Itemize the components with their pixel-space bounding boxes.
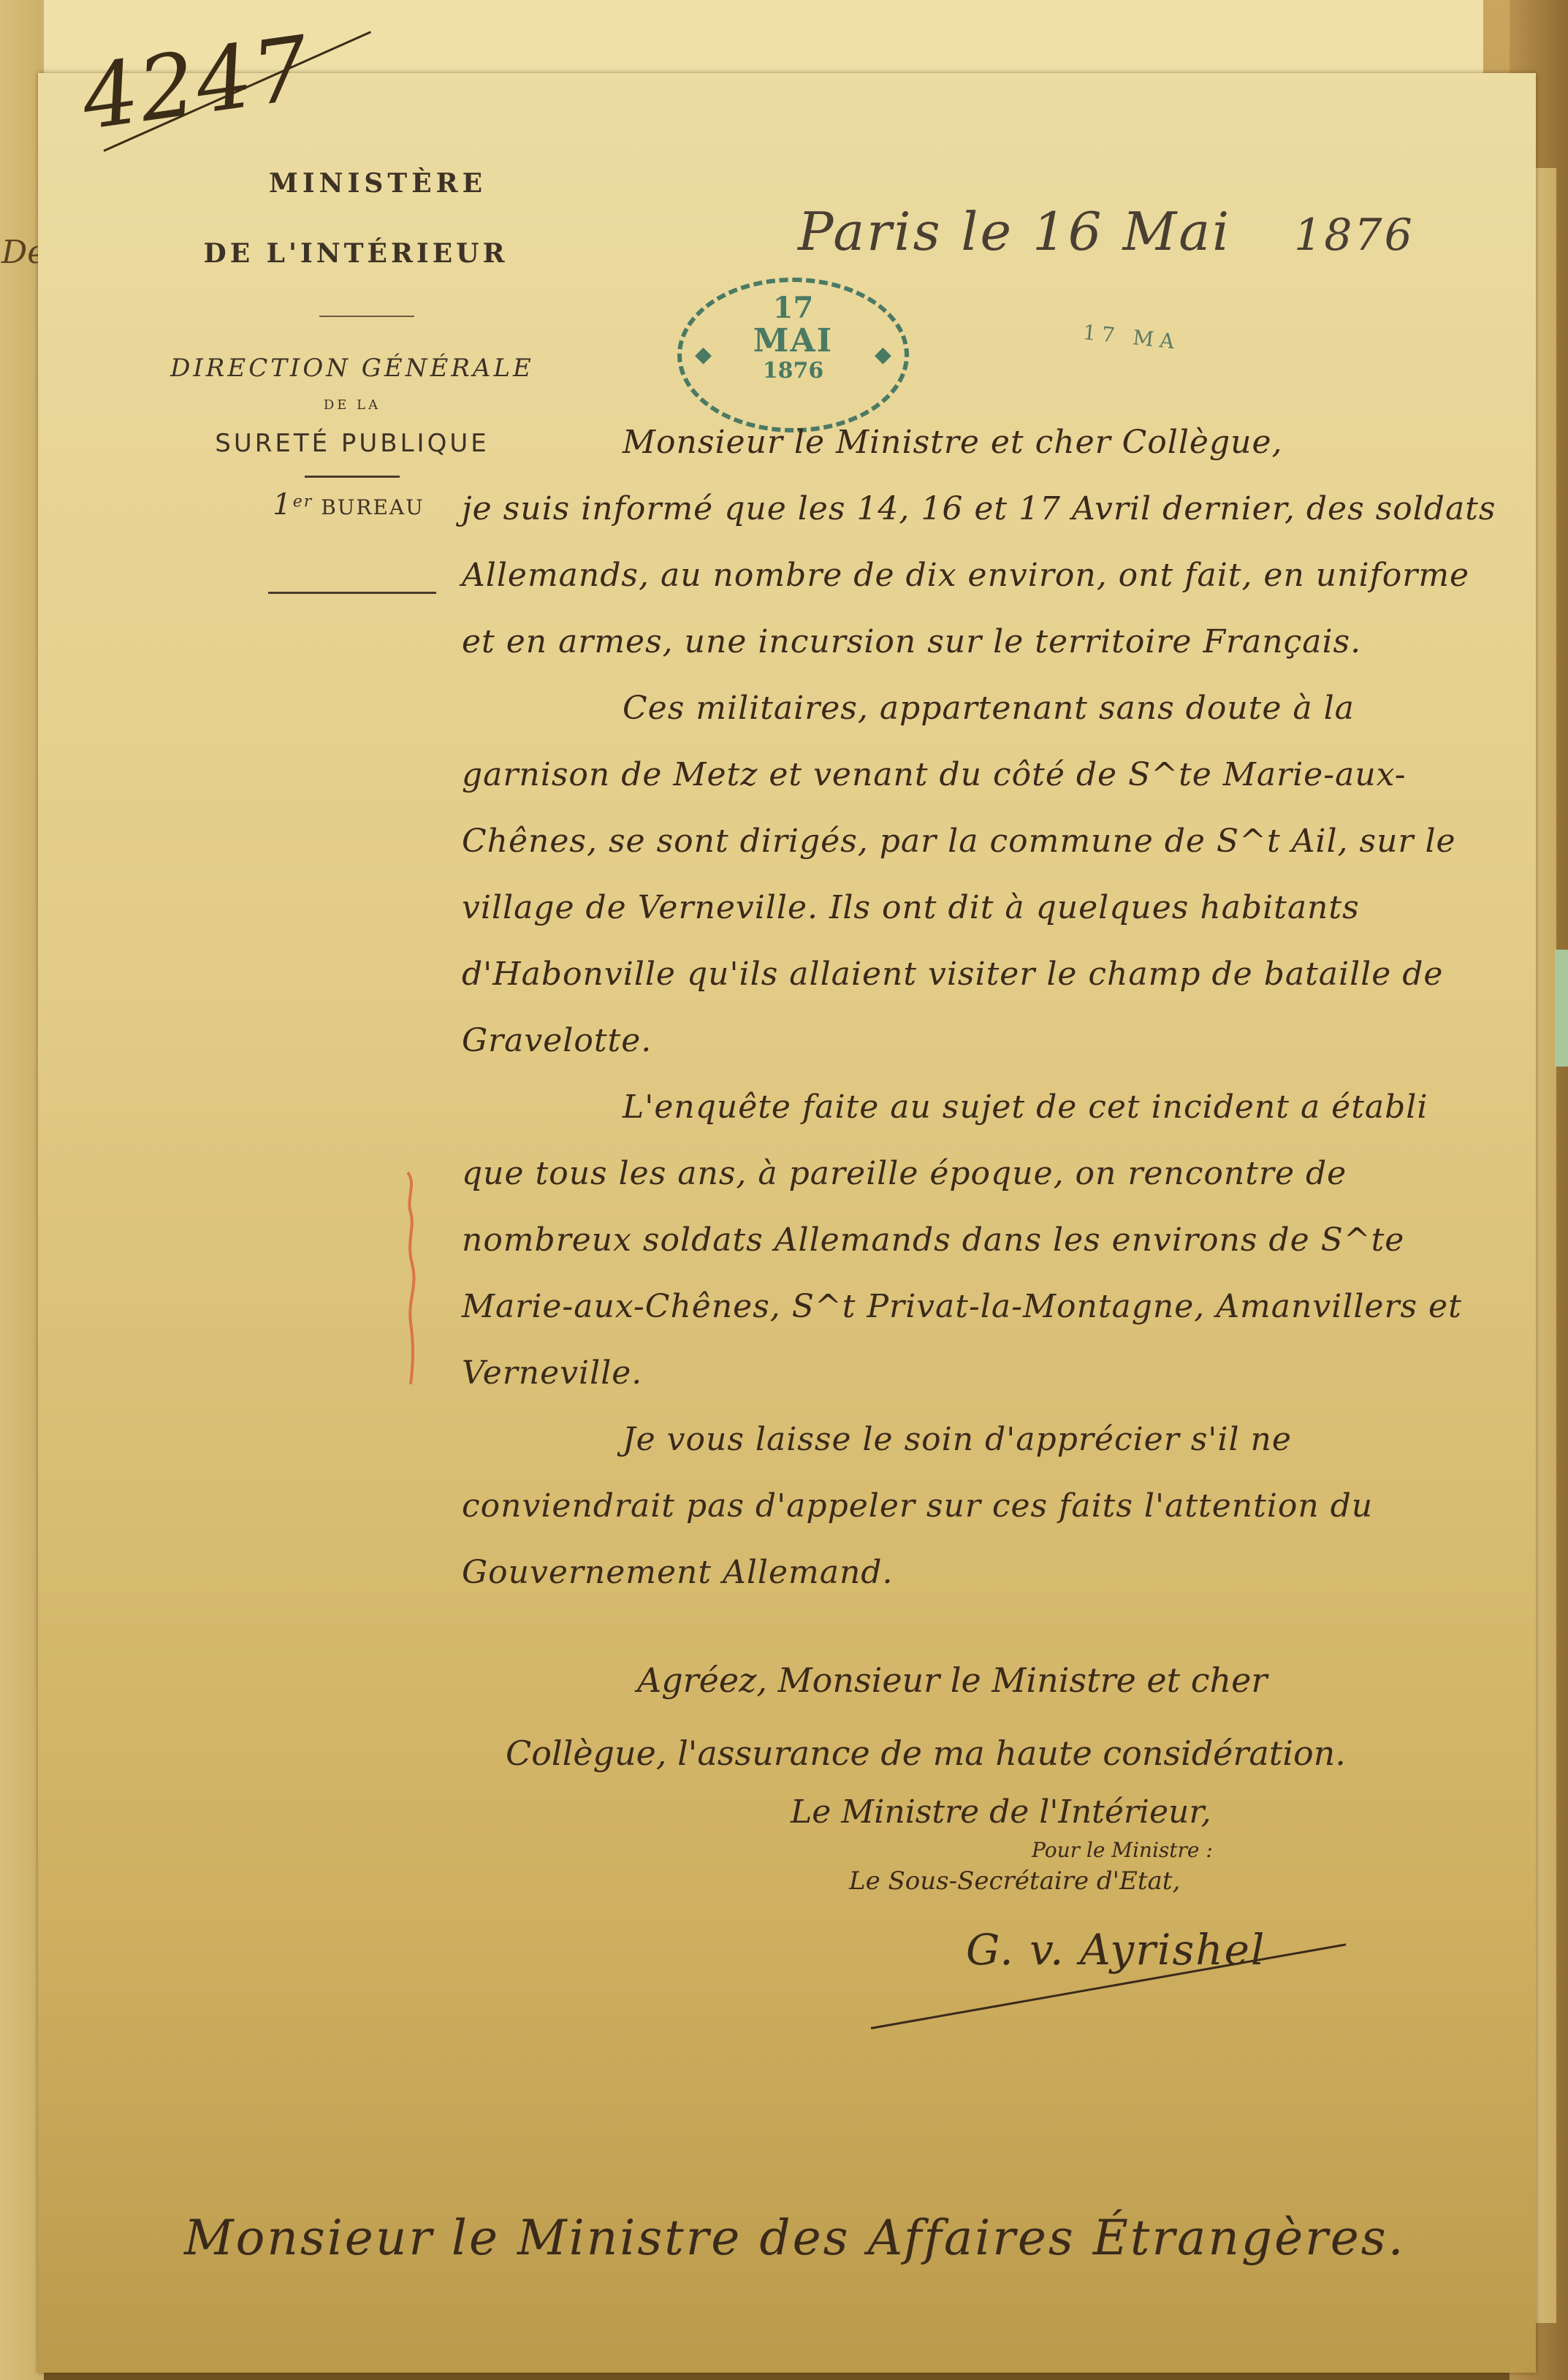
letterhead-rule (305, 476, 400, 478)
bureau-suffix: er (293, 493, 313, 511)
dateline: Paris le 16 Mai 1876 (798, 201, 1415, 262)
green-tab (1555, 950, 1568, 1067)
bureau-number: 1 (273, 488, 292, 522)
signature-name: G. v. Ayrishel (966, 1925, 1521, 1975)
letter-body: Monsieur le Ministre et cher Collègue, j… (462, 409, 1499, 1606)
paragraph: L'enquête faite au sujet de cet incident… (462, 1074, 1499, 1406)
salutation: Monsieur le Ministre et cher Collègue, (462, 409, 1499, 476)
stamp-month: MAI (682, 322, 905, 359)
underlying-sheet-left: De (0, 0, 44, 2380)
closing-line-2: Collègue, l'assurance de ma haute consid… (506, 1717, 1514, 1790)
letter-page: 4247 MINISTÈRE DE L'INTÉRIEUR DIRECTION … (38, 73, 1536, 2373)
stamp-year: 1876 (682, 358, 905, 384)
signature-title: Le Ministre de l'Intérieur, (791, 1793, 1521, 1831)
letterhead-ornament (319, 316, 414, 317)
addressee: Monsieur le Ministre des Affaires Étrang… (184, 2210, 1406, 2266)
stamp-ornament-icon: ◆ (875, 342, 891, 367)
faint-stamp: 17 MA (1082, 320, 1181, 354)
letterhead-interieur: DE L'INTÉRIEUR (162, 238, 549, 269)
signature-block: Le Ministre de l'Intérieur, Pour le Mini… (791, 1793, 1521, 1975)
letterhead-direction: DIRECTION GÉNÉRALE (155, 354, 549, 383)
signature-sous-secretaire: Le Sous-Secrétaire d'Etat, (849, 1866, 1521, 1896)
date-month: Mai (1122, 201, 1231, 262)
letterhead-ministry: MINISTÈRE (206, 168, 549, 199)
date-place: Paris le (798, 201, 1013, 262)
red-pencil-mark (403, 1169, 418, 1388)
paragraph: Je vous laisse le soin d'apprécier s'il … (462, 1406, 1499, 1606)
closing-line-1: Agréez, Monsieur le Ministre et cher (506, 1644, 1514, 1717)
stamp-day: 17 (682, 291, 905, 325)
letterhead-end-rule (268, 592, 436, 594)
paragraph: je suis informé que les 14, 16 et 17 Avr… (462, 476, 1499, 675)
bureau-label: BUREAU (321, 495, 425, 519)
paragraph: Ces militaires, appartenant sans doute à… (462, 675, 1499, 1074)
closing: Agréez, Monsieur le Ministre et cher Col… (506, 1644, 1514, 1790)
date-day: 16 (1032, 201, 1104, 262)
signature-pour: Pour le Ministre : (1032, 1838, 1521, 1862)
stamp-ornament-icon: ◆ (695, 342, 712, 367)
date-year: 1876 (1294, 210, 1415, 261)
